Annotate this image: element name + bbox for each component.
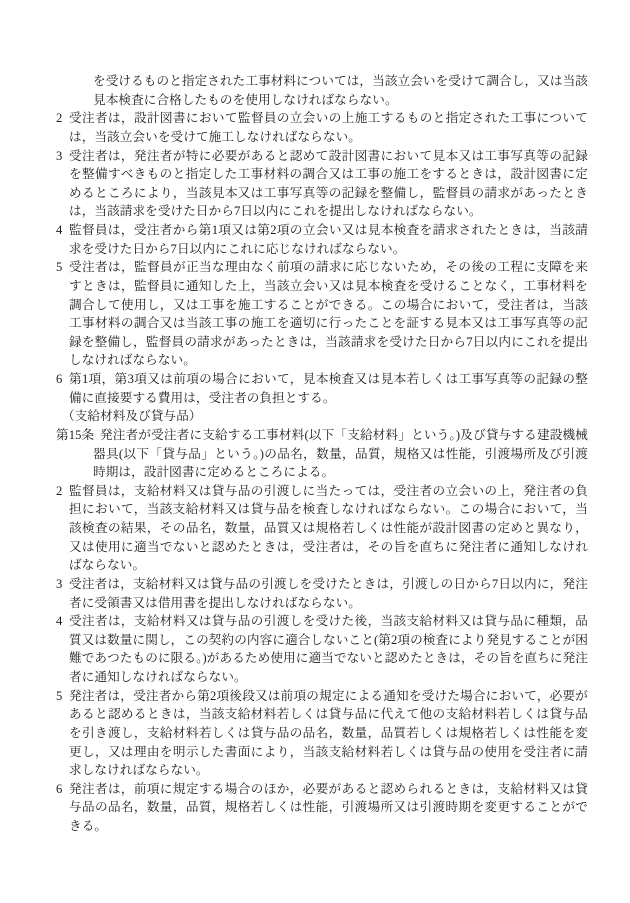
clause-paragraph: 2受注者は，設計図書において監督員の立会いの上施工するものと指定された工事につい…: [56, 109, 588, 146]
paragraph-text: 受注者は，支給材料又は貸与品の引渡しを受けた後，当該支給材料又は貸与品に種類，品…: [69, 614, 588, 684]
paragraph-marker: 4: [56, 221, 62, 240]
article-paragraph: 第15条発注者が受注者に支給する工事材料(以下「支給材料」という。)及び貸与する…: [56, 426, 588, 482]
clause-paragraph: 6発注者は，前項に規定する場合のほか，必要があると認められるときは，支給材料又は…: [56, 780, 588, 836]
paragraph-marker: 3: [56, 575, 62, 594]
paragraph-marker: 6: [56, 780, 62, 799]
document-page: を受けるものと指定された工事材料については，当該立会いを受けて調合し，又は当該見…: [0, 0, 630, 903]
paragraph-text: 監督員は，受注者から第1項又は第2項の立会い又は見本検査を請求されたときは，当該…: [69, 223, 588, 256]
clause-paragraph: 6第1項，第3項又は前項の場合において，見本検査又は見本若しくは工事写真等の記録…: [56, 370, 588, 407]
paragraph-marker: 6: [56, 370, 62, 389]
clause-paragraph: 3受注者は，発注者が特に必要があると認めて設計図書において見本又は工事写真等の記…: [56, 147, 588, 222]
paragraph-marker: 5: [56, 687, 62, 706]
paragraph-text: 発注者は，受注者から第2項後段又は前項の規定による通知を受けた場合において，必要…: [69, 689, 588, 778]
carryover-paragraph: を受けるものと指定された工事材料については，当該立会いを受けて調合し，又は当該見…: [56, 72, 588, 109]
paragraph-text: 受注者は，支給材料又は貸与品の引渡しを受けたときは，引渡しの日から7日以内に，発…: [69, 577, 588, 610]
clause-paragraph: 5発注者は，受注者から第2項後段又は前項の規定による通知を受けた場合において，必…: [56, 687, 588, 780]
paragraph-text: 受注者は，監督員が正当な理由なく前項の請求に応じないため，その後の工程に支障を来…: [69, 260, 588, 367]
paragraph-marker: 2: [56, 482, 62, 501]
paragraph-text: 発注者が受注者に支給する工事材料(以下「支給材料」という。)及び貸与する建設機械…: [93, 428, 588, 479]
clause-paragraph: 4監督員は，受注者から第1項又は第2項の立会い又は見本検査を請求されたときは，当…: [56, 221, 588, 258]
paragraph-text: を受けるものと指定された工事材料については，当該立会いを受けて調合し，又は当該見…: [93, 74, 588, 107]
paragraph-text: 発注者は，前項に規定する場合のほか，必要があると認められるときは，支給材料又は貸…: [69, 782, 588, 833]
clause-paragraph: 4受注者は，支給材料又は貸与品の引渡しを受けた後，当該支給材料又は貸与品に種類，…: [56, 612, 588, 687]
paragraph-marker: 3: [56, 147, 62, 166]
paragraph-text: （支給材料及び貸与品）: [62, 409, 202, 423]
paragraph-marker: 第15条: [56, 426, 94, 445]
clause-paragraph: 2監督員は，支給材料又は貸与品の引渡しに当たっては，受注者の立会いの上，発注者の…: [56, 482, 588, 575]
paragraph-text: 監督員は，支給材料又は貸与品の引渡しに当たっては，受注者の立会いの上，発注者の負…: [69, 484, 588, 573]
paragraph-marker: 2: [56, 109, 62, 128]
paragraph-text: 第1項，第3項又は前項の場合において，見本検査又は見本若しくは工事写真等の記録の…: [69, 372, 588, 405]
document-body: を受けるものと指定された工事材料については，当該立会いを受けて調合し，又は当該見…: [56, 72, 588, 836]
clause-heading: （支給材料及び貸与品）: [56, 407, 588, 426]
paragraph-marker: 4: [56, 612, 62, 631]
clause-paragraph: 3受注者は，支給材料又は貸与品の引渡しを受けたときは，引渡しの日から7日以内に，…: [56, 575, 588, 612]
clause-paragraph: 5受注者は，監督員が正当な理由なく前項の請求に応じないため，その後の工程に支障を…: [56, 258, 588, 370]
paragraph-marker: 5: [56, 258, 62, 277]
paragraph-text: 受注者は，設計図書において監督員の立会いの上施工するものと指定された工事について…: [69, 111, 588, 144]
paragraph-text: 受注者は，発注者が特に必要があると認めて設計図書において見本又は工事写真等の記録…: [69, 149, 588, 219]
